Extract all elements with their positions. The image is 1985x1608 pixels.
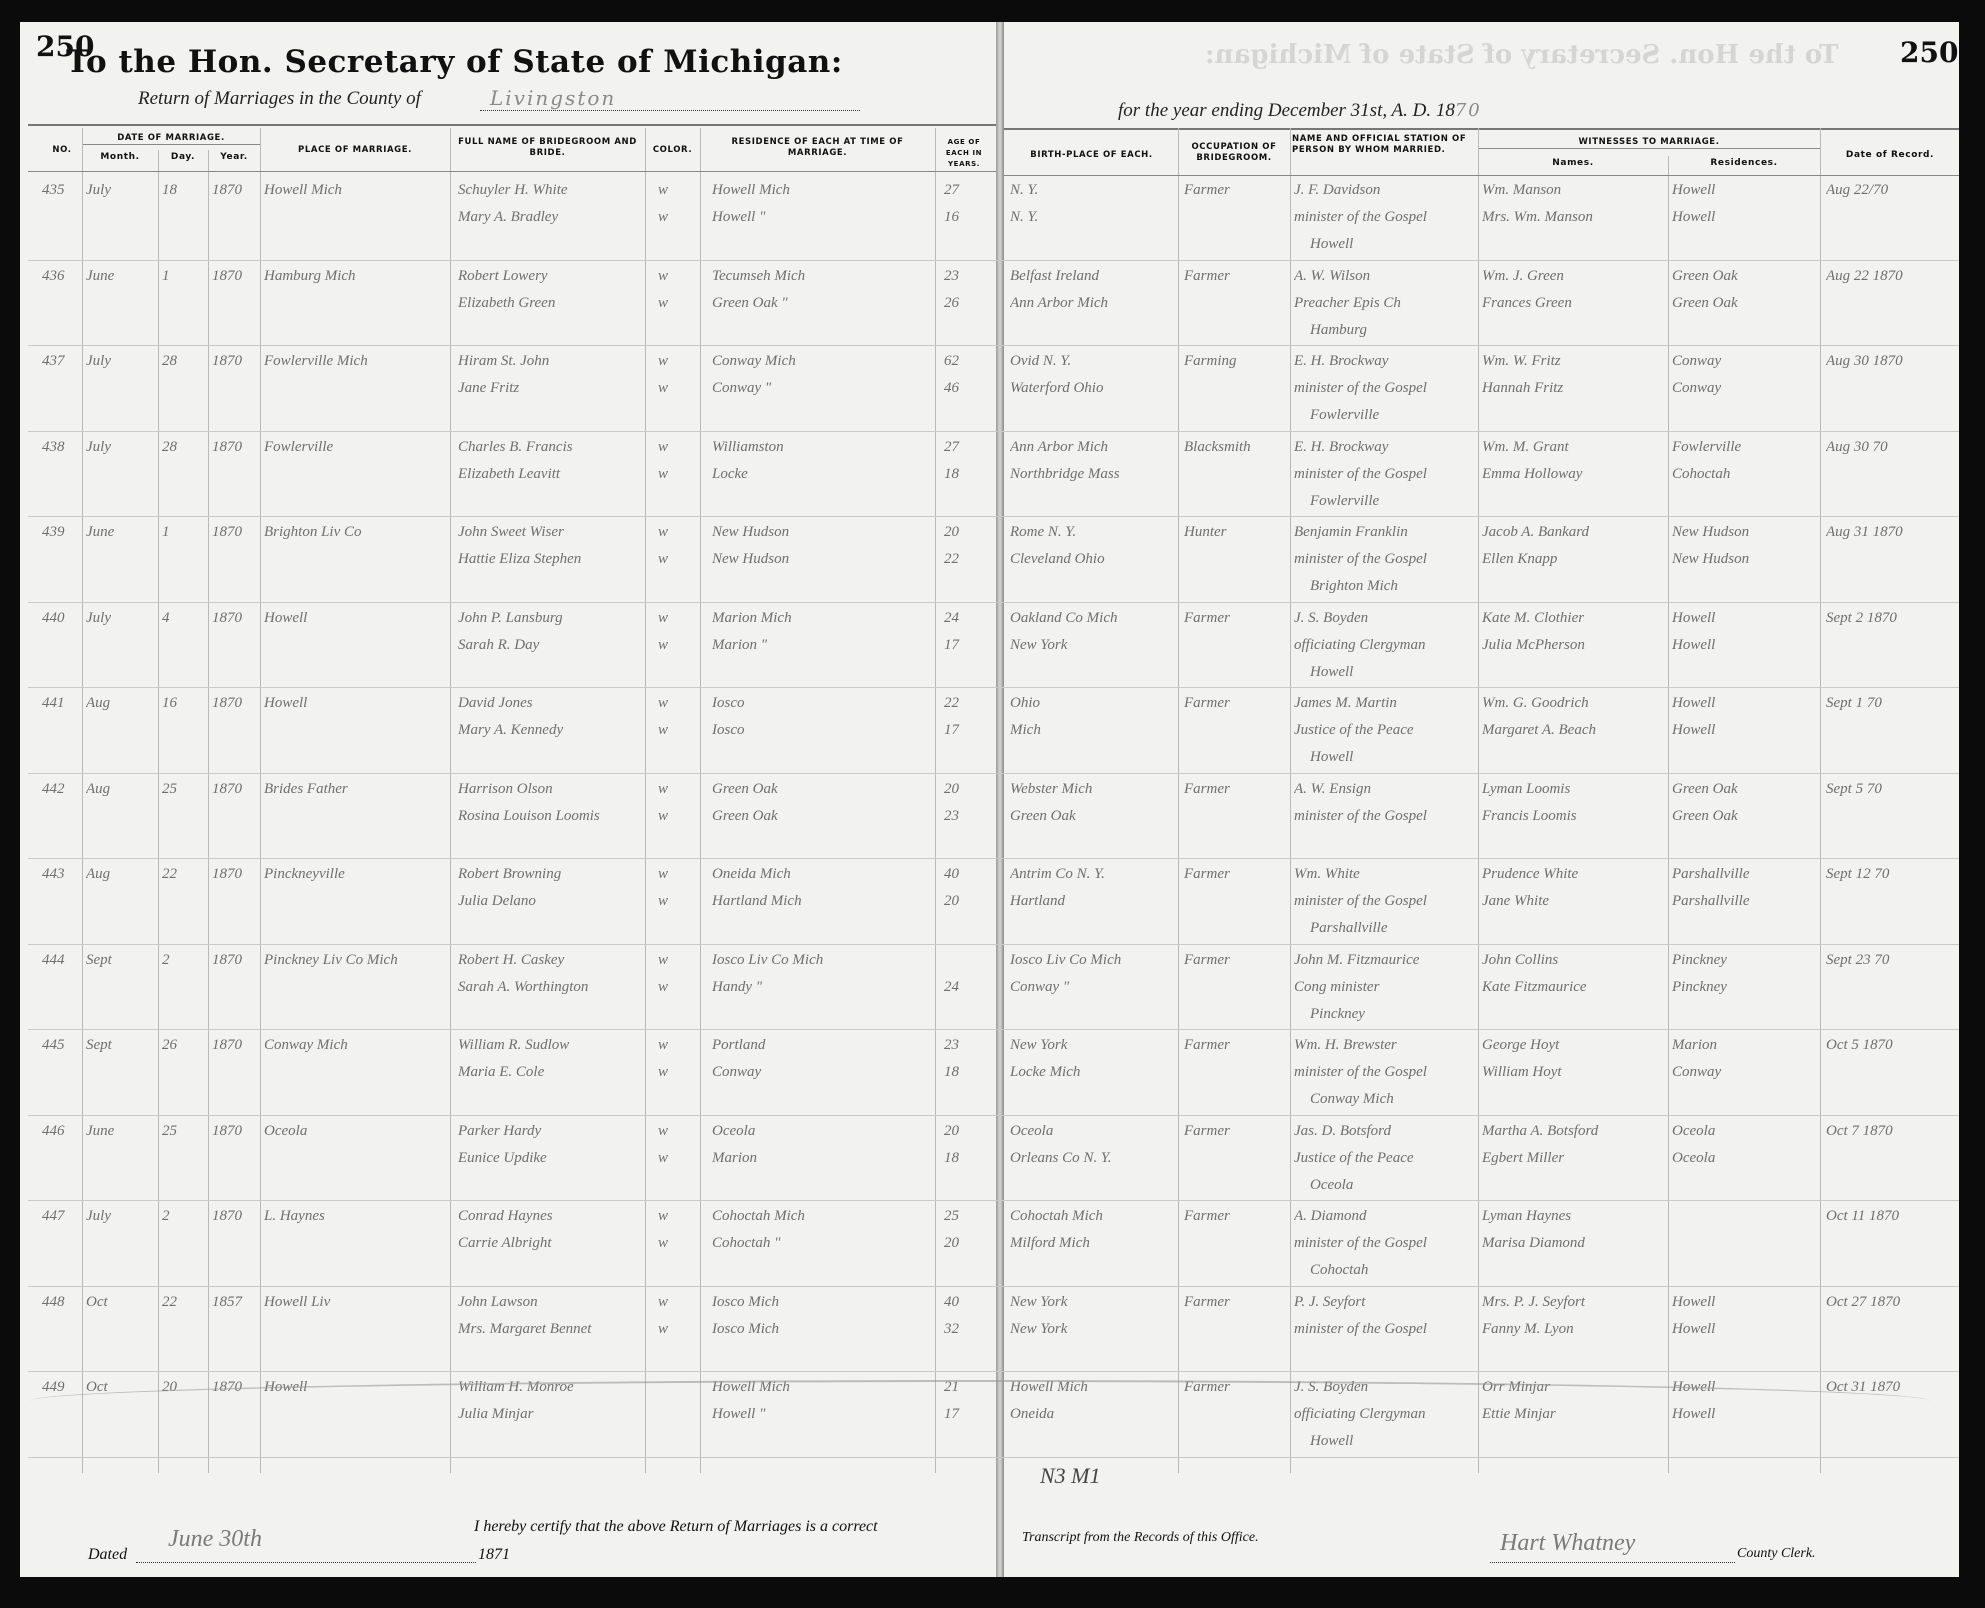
header-rule-right: [1004, 128, 1959, 130]
witness-residence: Pinckney: [1672, 979, 1818, 996]
bride-color: w: [658, 551, 698, 568]
witness-residence: Howell: [1672, 722, 1818, 739]
groom-residence: Howell Mich: [712, 182, 932, 199]
groom-name: Robert Lowery: [458, 268, 644, 285]
year-ending-label: for the year ending December 31st, A. D.…: [1118, 100, 1455, 121]
marriage-place: Pinckneyville: [264, 866, 448, 883]
bride-age: 24: [944, 979, 990, 996]
grid-line: [1668, 156, 1669, 1473]
groom-birthplace: Cohoctah Mich: [1010, 1208, 1176, 1225]
groom-birthplace: Oceola: [1010, 1123, 1176, 1140]
groom-residence: Oceola: [712, 1123, 932, 1140]
groom-color: w: [658, 1294, 698, 1311]
row-divider: [28, 1115, 1959, 1116]
groom-occupation: Farmer: [1184, 695, 1288, 712]
bride-residence: New Hudson: [712, 551, 932, 568]
bride-color: w: [658, 722, 698, 739]
bride-age: 26: [944, 295, 990, 312]
bride-residence: Locke: [712, 466, 932, 483]
bride-name: Elizabeth Green: [458, 295, 644, 312]
groom-occupation: Hunter: [1184, 524, 1288, 541]
grid-line: [450, 128, 451, 1473]
date-of-record: Sept 2 1870: [1826, 610, 1958, 627]
witness-residence: Oceola: [1672, 1150, 1818, 1167]
officiant-place: Fowlerville: [1310, 493, 1476, 510]
groom-occupation: Farmer: [1184, 1208, 1288, 1225]
county-name: Livingston: [490, 86, 616, 110]
officiant-name: J. S. Boyden: [1294, 610, 1476, 627]
right-page: [1004, 22, 1959, 1577]
marriage-year: 1870: [212, 439, 258, 456]
grid-line: [208, 150, 209, 1473]
bride-name: Mary A. Bradley: [458, 209, 644, 226]
groom-birthplace: Ovid N. Y.: [1010, 353, 1176, 370]
groom-occupation: Farmer: [1184, 1037, 1288, 1054]
marriage-month: Sept: [86, 1037, 156, 1054]
groom-name: Schuyler H. White: [458, 182, 644, 199]
bride-name: Mary A. Kennedy: [458, 722, 644, 739]
witness-name: Mrs. Wm. Manson: [1482, 209, 1666, 226]
record-number: 448: [42, 1294, 82, 1311]
bride-residence: Marion ": [712, 637, 932, 654]
bride-residence: Iosco: [712, 722, 932, 739]
date-of-record: Aug 22/70: [1826, 182, 1958, 199]
row-divider: [28, 1371, 1959, 1372]
marriage-day: 1: [162, 524, 206, 541]
header-witness-residences: Residences.: [1668, 158, 1820, 169]
witness-residence: Green Oak: [1672, 295, 1818, 312]
groom-birthplace: Iosco Liv Co Mich: [1010, 952, 1176, 969]
officiant-place: Hamburg: [1310, 322, 1476, 339]
header-age: Age of each in Years.: [936, 137, 992, 170]
date-of-record: Aug 31 1870: [1826, 524, 1958, 541]
bride-residence: Conway: [712, 1064, 932, 1081]
bride-color: w: [658, 637, 698, 654]
bride-color: w: [658, 380, 698, 397]
record-number: 446: [42, 1123, 82, 1140]
witness-residence: Howell: [1672, 1294, 1818, 1311]
bride-color: w: [658, 209, 698, 226]
marriage-day: 28: [162, 439, 206, 456]
right-page-number: 250: [1900, 36, 1958, 69]
officiant-station: officiating Clergyman: [1294, 637, 1476, 654]
marriage-year: 1870: [212, 524, 258, 541]
bride-residence: Howell ": [712, 209, 932, 226]
bride-color: w: [658, 1235, 698, 1252]
witness-residence: Parshallville: [1672, 893, 1818, 910]
groom-color: w: [658, 439, 698, 456]
officiant-station: Cong minister: [1294, 979, 1476, 996]
marriage-place: Fowlerville Mich: [264, 353, 448, 370]
witness-name: Francis Loomis: [1482, 808, 1666, 825]
year-ending-subtitle: for the year ending December 31st, A. D.…: [1118, 100, 1482, 122]
record-number: 435: [42, 182, 82, 199]
witness-name: Emma Holloway: [1482, 466, 1666, 483]
header-official: Name and Official Station of Person by w…: [1292, 134, 1476, 156]
record-number: 441: [42, 695, 82, 712]
record-number: 438: [42, 439, 82, 456]
row-divider: [28, 516, 1959, 517]
bride-age: 20: [944, 893, 990, 910]
marriage-year: 1870: [212, 866, 258, 883]
marriage-month: Aug: [86, 866, 156, 883]
county-clerk-label: County Clerk.: [1737, 1546, 1816, 1562]
record-number: 439: [42, 524, 82, 541]
witness-residence: Conway: [1672, 1064, 1818, 1081]
bride-birthplace: Orleans Co N. Y.: [1010, 1150, 1176, 1167]
marriage-month: July: [86, 182, 156, 199]
marriage-day: 25: [162, 1123, 206, 1140]
marriage-place: Brighton Liv Co: [264, 524, 448, 541]
groom-color: w: [658, 695, 698, 712]
bride-age: 18: [944, 1150, 990, 1167]
date-of-record: Oct 5 1870: [1826, 1037, 1958, 1054]
witness-residence: Marion: [1672, 1037, 1818, 1054]
officiant-name: Wm. H. Brewster: [1294, 1037, 1476, 1054]
marriage-day: 18: [162, 182, 206, 199]
groom-color: w: [658, 353, 698, 370]
groom-name: Conrad Haynes: [458, 1208, 644, 1225]
groom-color: w: [658, 182, 698, 199]
marriage-month: July: [86, 1208, 156, 1225]
bride-age: 17: [944, 637, 990, 654]
officiant-place: Fowlerville: [1310, 407, 1476, 424]
groom-occupation: Farming: [1184, 353, 1288, 370]
witness-residence: Howell: [1672, 637, 1818, 654]
groom-age: 27: [944, 182, 990, 199]
officiant-name: A. W. Ensign: [1294, 781, 1476, 798]
groom-occupation: Farmer: [1184, 781, 1288, 798]
officiant-place: Conway Mich: [1310, 1091, 1476, 1108]
bride-color: w: [658, 295, 698, 312]
groom-birthplace: Rome N. Y.: [1010, 524, 1176, 541]
marriage-month: July: [86, 610, 156, 627]
witness-name: William Hoyt: [1482, 1064, 1666, 1081]
marriage-month: Aug: [86, 695, 156, 712]
witness-name: Kate M. Clothier: [1482, 610, 1666, 627]
groom-age: 20: [944, 781, 990, 798]
header-bottom-rule: [1004, 175, 1959, 176]
header-place: Place of Marriage.: [260, 145, 450, 156]
groom-birthplace: N. Y.: [1010, 182, 1176, 199]
bride-age: 17: [944, 722, 990, 739]
marriage-year: 1870: [212, 952, 258, 969]
officiant-place: Oceola: [1310, 1177, 1476, 1194]
groom-occupation: Farmer: [1184, 1123, 1288, 1140]
marriage-place: Howell: [264, 610, 448, 627]
groom-residence: Green Oak: [712, 781, 932, 798]
witness-name: Julia McPherson: [1482, 637, 1666, 654]
groom-birthplace: Webster Mich: [1010, 781, 1176, 798]
bride-residence: Hartland Mich: [712, 893, 932, 910]
bride-name: Sarah R. Day: [458, 637, 644, 654]
witness-residence: Howell: [1672, 1321, 1818, 1338]
witness-residence: Cohoctah: [1672, 466, 1818, 483]
groom-age: 20: [944, 524, 990, 541]
officiant-name: A. Diamond: [1294, 1208, 1476, 1225]
date-of-record: Aug 30 70: [1826, 439, 1958, 456]
header-witnesses: Witnesses to Marriage.: [1478, 137, 1820, 149]
witness-residence: Howell: [1672, 695, 1818, 712]
bride-color: w: [658, 893, 698, 910]
bride-age: 32: [944, 1321, 990, 1338]
header-date-of-record: Date of Record.: [1820, 150, 1960, 161]
bride-age: 20: [944, 1235, 990, 1252]
marriage-place: Howell Mich: [264, 182, 448, 199]
record-number: 449: [42, 1379, 82, 1396]
groom-name: John Lawson: [458, 1294, 644, 1311]
officiant-name: E. H. Brockway: [1294, 439, 1476, 456]
witness-name: Martha A. Botsford: [1482, 1123, 1666, 1140]
bleed-through-title: To the Hon. Secretary of State of Michig…: [1205, 40, 1838, 70]
witness-residence: Howell: [1672, 610, 1818, 627]
groom-age: 24: [944, 610, 990, 627]
dated-year: 1871: [478, 1546, 510, 1564]
groom-name: John P. Lansburg: [458, 610, 644, 627]
record-number: 445: [42, 1037, 82, 1054]
groom-residence: Cohoctah Mich: [712, 1208, 932, 1225]
marriage-day: 2: [162, 1208, 206, 1225]
row-divider: [28, 687, 1959, 688]
bride-birthplace: N. Y.: [1010, 209, 1176, 226]
grid-line: [1478, 128, 1479, 1473]
officiant-place: Cohoctah: [1310, 1262, 1476, 1279]
marriage-month: Sept: [86, 952, 156, 969]
row-divider: [28, 345, 1959, 346]
bride-age: 18: [944, 466, 990, 483]
officiant-station: minister of the Gospel: [1294, 209, 1476, 226]
officiant-station: minister of the Gospel: [1294, 893, 1476, 910]
bride-birthplace: Green Oak: [1010, 808, 1176, 825]
witness-residence: Conway: [1672, 380, 1818, 397]
officiant-station: minister of the Gospel: [1294, 808, 1476, 825]
witness-name: Wm. W. Fritz: [1482, 353, 1666, 370]
bride-name: Maria E. Cole: [458, 1064, 644, 1081]
witness-residence: Fowlerville: [1672, 439, 1818, 456]
marriage-year: 1870: [212, 781, 258, 798]
groom-color: w: [658, 952, 698, 969]
officiant-place: Howell: [1310, 664, 1476, 681]
witness-residence: New Hudson: [1672, 551, 1818, 568]
bride-age: 16: [944, 209, 990, 226]
groom-residence: Portland: [712, 1037, 932, 1054]
bride-birthplace: Mich: [1010, 722, 1176, 739]
date-of-record: Aug 30 1870: [1826, 353, 1958, 370]
bride-residence: Handy ": [712, 979, 932, 996]
grid-line: [260, 128, 261, 1473]
witness-name: Marisa Diamond: [1482, 1235, 1666, 1252]
header-year: Year.: [208, 152, 260, 163]
groom-color: w: [658, 524, 698, 541]
officiant-name: A. W. Wilson: [1294, 268, 1476, 285]
dated-line: [136, 1562, 476, 1563]
marriage-year: 1870: [212, 353, 258, 370]
groom-name: David Jones: [458, 695, 644, 712]
bride-color: w: [658, 1150, 698, 1167]
witness-residence: Howell: [1672, 209, 1818, 226]
officiant-name: P. J. Seyfort: [1294, 1294, 1476, 1311]
header-witness-names: Names.: [1478, 158, 1668, 169]
witness-name: Egbert Miller: [1482, 1150, 1666, 1167]
date-of-record: Sept 5 70: [1826, 781, 1958, 798]
groom-occupation: Farmer: [1184, 952, 1288, 969]
groom-name: Robert Browning: [458, 866, 644, 883]
marriage-place: Howell: [264, 695, 448, 712]
officiant-station: Justice of the Peace: [1294, 722, 1476, 739]
officiant-name: James M. Martin: [1294, 695, 1476, 712]
groom-color: w: [658, 1208, 698, 1225]
bride-name: Sarah A. Worthington: [458, 979, 644, 996]
witness-name: Hannah Fritz: [1482, 380, 1666, 397]
date-of-record: Sept 12 70: [1826, 866, 1958, 883]
witness-residence: New Hudson: [1672, 524, 1818, 541]
bride-residence: Marion: [712, 1150, 932, 1167]
row-divider: [28, 1457, 1959, 1458]
marriage-year: 1857: [212, 1294, 258, 1311]
groom-residence: Iosco: [712, 695, 932, 712]
groom-residence: Iosco Mich: [712, 1294, 932, 1311]
officiant-place: Howell: [1310, 749, 1476, 766]
witness-residence: Conway: [1672, 353, 1818, 370]
marriage-year: 1870: [212, 610, 258, 627]
bride-color: w: [658, 1064, 698, 1081]
officiant-place: Howell: [1310, 236, 1476, 253]
witness-residence: Howell: [1672, 182, 1818, 199]
groom-age: 22: [944, 695, 990, 712]
marriage-place: Hamburg Mich: [264, 268, 448, 285]
return-subtitle: Return of Marriages in the County of: [138, 88, 421, 110]
marriage-day: 26: [162, 1037, 206, 1054]
groom-name: Robert H. Caskey: [458, 952, 644, 969]
groom-occupation: Farmer: [1184, 268, 1288, 285]
book-gutter: [996, 22, 1004, 1577]
bride-residence: Conway ": [712, 380, 932, 397]
marriage-year: 1870: [212, 182, 258, 199]
row-divider: [28, 858, 1959, 859]
groom-name: Harrison Olson: [458, 781, 644, 798]
groom-occupation: Blacksmith: [1184, 439, 1288, 456]
bride-name: Jane Fritz: [458, 380, 644, 397]
groom-occupation: Farmer: [1184, 1294, 1288, 1311]
officiant-name: Wm. White: [1294, 866, 1476, 883]
row-divider: [28, 431, 1959, 432]
witness-name: Frances Green: [1482, 295, 1666, 312]
groom-color: w: [658, 781, 698, 798]
witness-name: Wm. Manson: [1482, 182, 1666, 199]
marriage-month: July: [86, 353, 156, 370]
groom-residence: Iosco Liv Co Mich: [712, 952, 932, 969]
bride-color: w: [658, 466, 698, 483]
marriage-place: Conway Mich: [264, 1037, 448, 1054]
bride-name: Hattie Eliza Stephen: [458, 551, 644, 568]
bride-name: Mrs. Margaret Bennet: [458, 1321, 644, 1338]
bride-birthplace: Ann Arbor Mich: [1010, 295, 1176, 312]
record-number: 440: [42, 610, 82, 627]
clerk-signature: Hart Whatney: [1500, 1530, 1635, 1557]
groom-age: 20: [944, 1123, 990, 1140]
groom-age: 62: [944, 353, 990, 370]
groom-residence: Conway Mich: [712, 353, 932, 370]
marriage-day: 22: [162, 1294, 206, 1311]
row-divider: [28, 773, 1959, 774]
witness-name: Jane White: [1482, 893, 1666, 910]
bride-name: Rosina Louison Loomis: [458, 808, 644, 825]
groom-birthplace: Ohio: [1010, 695, 1176, 712]
officiant-station: minister of the Gospel: [1294, 466, 1476, 483]
witness-name: John Collins: [1482, 952, 1666, 969]
grid-line: [158, 150, 159, 1473]
marriage-place: L. Haynes: [264, 1208, 448, 1225]
bride-residence: Green Oak: [712, 808, 932, 825]
marriage-day: 28: [162, 353, 206, 370]
marriage-month: June: [86, 1123, 156, 1140]
header-names: Full Name of Bridegroom and Bride.: [455, 137, 640, 159]
groom-age: 23: [944, 268, 990, 285]
row-divider: [28, 944, 1959, 945]
marriage-day: 4: [162, 610, 206, 627]
marriage-month: July: [86, 439, 156, 456]
witness-name: Prudence White: [1482, 866, 1666, 883]
row-divider: [28, 1029, 1959, 1030]
header-bottom-rule: [28, 171, 996, 172]
bride-birthplace: Locke Mich: [1010, 1064, 1176, 1081]
groom-age: 40: [944, 1294, 990, 1311]
grid-line: [1290, 128, 1291, 1473]
witness-name: Kate Fitzmaurice: [1482, 979, 1666, 996]
date-of-record: Oct 11 1870: [1826, 1208, 1958, 1225]
grid-line: [935, 128, 936, 1473]
date-of-record: Oct 27 1870: [1826, 1294, 1958, 1311]
witness-name: Wm. J. Green: [1482, 268, 1666, 285]
record-number: 436: [42, 268, 82, 285]
groom-age: 27: [944, 439, 990, 456]
officiant-name: E. H. Brockway: [1294, 353, 1476, 370]
groom-name: John Sweet Wiser: [458, 524, 644, 541]
officiant-station: minister of the Gospel: [1294, 551, 1476, 568]
header-no: No.: [42, 145, 82, 156]
bride-birthplace: Northbridge Mass: [1010, 466, 1176, 483]
groom-name: William R. Sudlow: [458, 1037, 644, 1054]
bride-birthplace: Cleveland Ohio: [1010, 551, 1176, 568]
county-line: [480, 110, 860, 111]
dated-value: June 30th: [168, 1526, 262, 1553]
grid-line: [645, 128, 646, 1473]
record-number: 447: [42, 1208, 82, 1225]
left-page: [20, 22, 998, 1577]
groom-color: w: [658, 268, 698, 285]
bride-age: 18: [944, 1064, 990, 1081]
officiant-station: Justice of the Peace: [1294, 1150, 1476, 1167]
groom-color: w: [658, 1037, 698, 1054]
groom-occupation: Farmer: [1184, 866, 1288, 883]
officiant-place: Howell: [1310, 1433, 1476, 1450]
marriage-year: 1870: [212, 1037, 258, 1054]
bride-birthplace: New York: [1010, 637, 1176, 654]
groom-age: 23: [944, 1037, 990, 1054]
groom-occupation: Farmer: [1184, 182, 1288, 199]
groom-residence: Tecumseh Mich: [712, 268, 932, 285]
witness-name: Ellen Knapp: [1482, 551, 1666, 568]
header-rule-left: [28, 124, 996, 126]
witness-name: George Hoyt: [1482, 1037, 1666, 1054]
grid-line: [82, 128, 83, 1473]
witness-residence: Oceola: [1672, 1123, 1818, 1140]
bride-color: w: [658, 808, 698, 825]
officiant-station: minister of the Gospel: [1294, 380, 1476, 397]
clerk-signature-line: [1490, 1562, 1735, 1563]
marriage-year: 1870: [212, 1208, 258, 1225]
witness-residence: Green Oak: [1672, 808, 1818, 825]
